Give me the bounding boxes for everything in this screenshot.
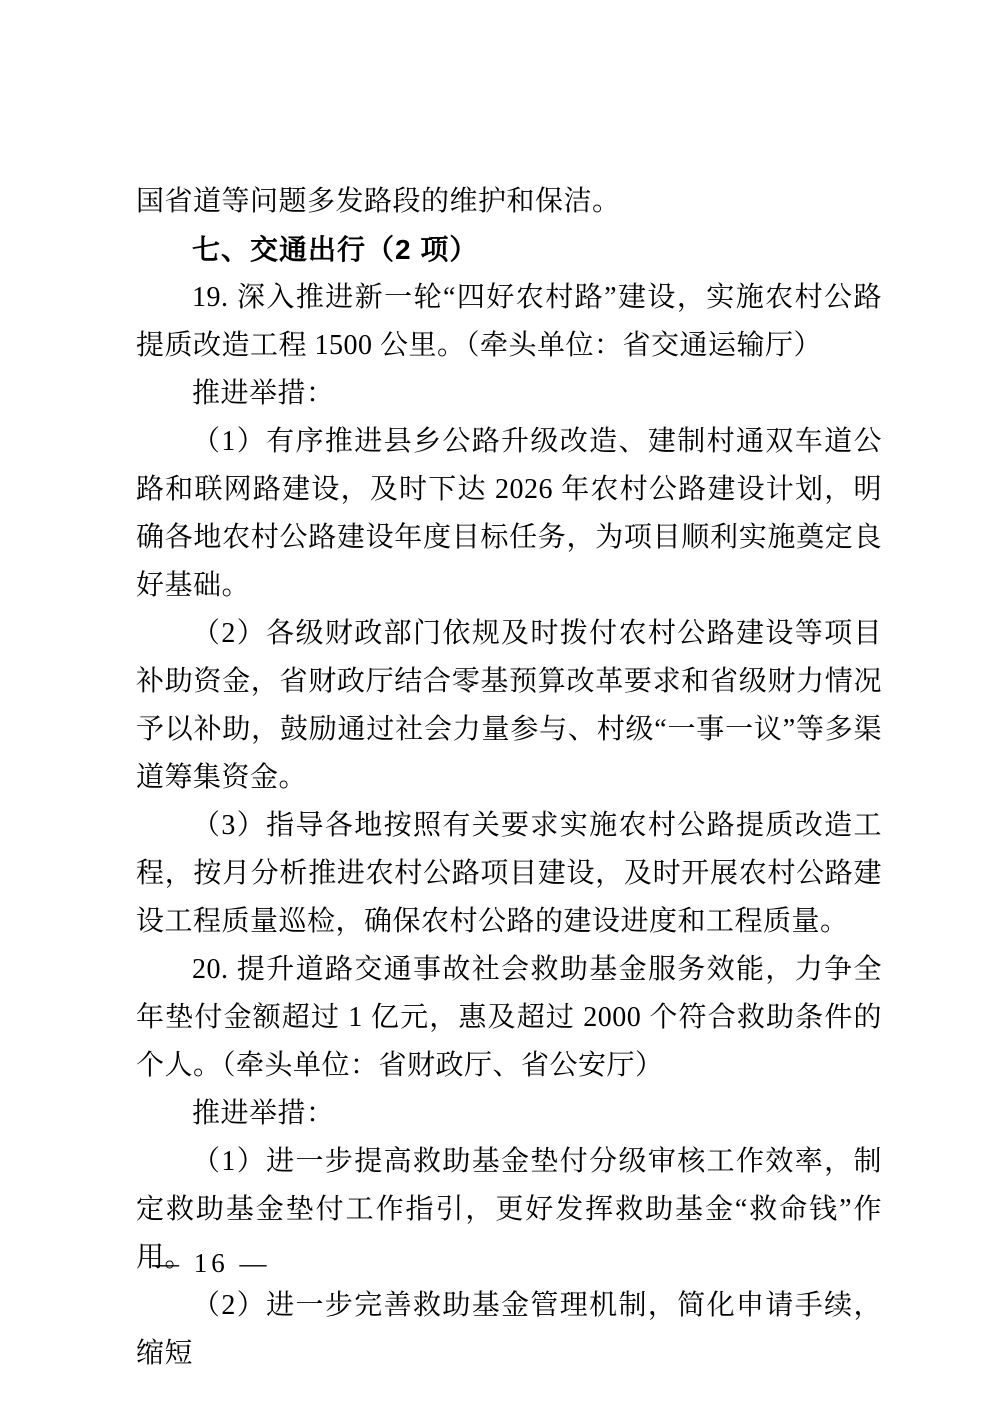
item-19-paragraph: 19. 深入推进新一轮“四好农村路”建设，实施农村公路提质改造工程 1500 公… xyxy=(136,274,882,370)
item-19-measure-3: （3）指导各地按照有关要求实施农村公路提质改造工程，按月分析推进农村公路项目建设… xyxy=(136,802,882,946)
item-19-measures-label: 推进举措： xyxy=(136,370,882,418)
item-20-measure-2: （2）进一步完善救助基金管理机制，简化申请手续，缩短 xyxy=(136,1282,882,1378)
item-19-measure-1: （1）有序推进县乡公路升级改造、建制村通双车道公路和联网路建设，及时下达 202… xyxy=(136,418,882,610)
item-20-measures-label: 推进举措： xyxy=(136,1090,882,1138)
item-20-paragraph: 20. 提升道路交通事故社会救助基金服务效能，力争全年垫付金额超过 1 亿元，惠… xyxy=(136,946,882,1090)
carryover-paragraph: 国省道等问题多发路段的维护和保洁。 xyxy=(136,178,882,226)
document-page: 国省道等问题多发路段的维护和保洁。 七、交通出行（2 项） 19. 深入推进新一… xyxy=(0,0,1000,1414)
document-body: 国省道等问题多发路段的维护和保洁。 七、交通出行（2 项） 19. 深入推进新一… xyxy=(136,178,882,1378)
item-19-measure-2: （2）各级财政部门依规及时拨付农村公路建设等项目补助资金，省财政厅结合零基预算改… xyxy=(136,610,882,802)
page-number: — 16 — xyxy=(152,1248,271,1279)
section-heading: 七、交通出行（2 项） xyxy=(136,226,882,274)
